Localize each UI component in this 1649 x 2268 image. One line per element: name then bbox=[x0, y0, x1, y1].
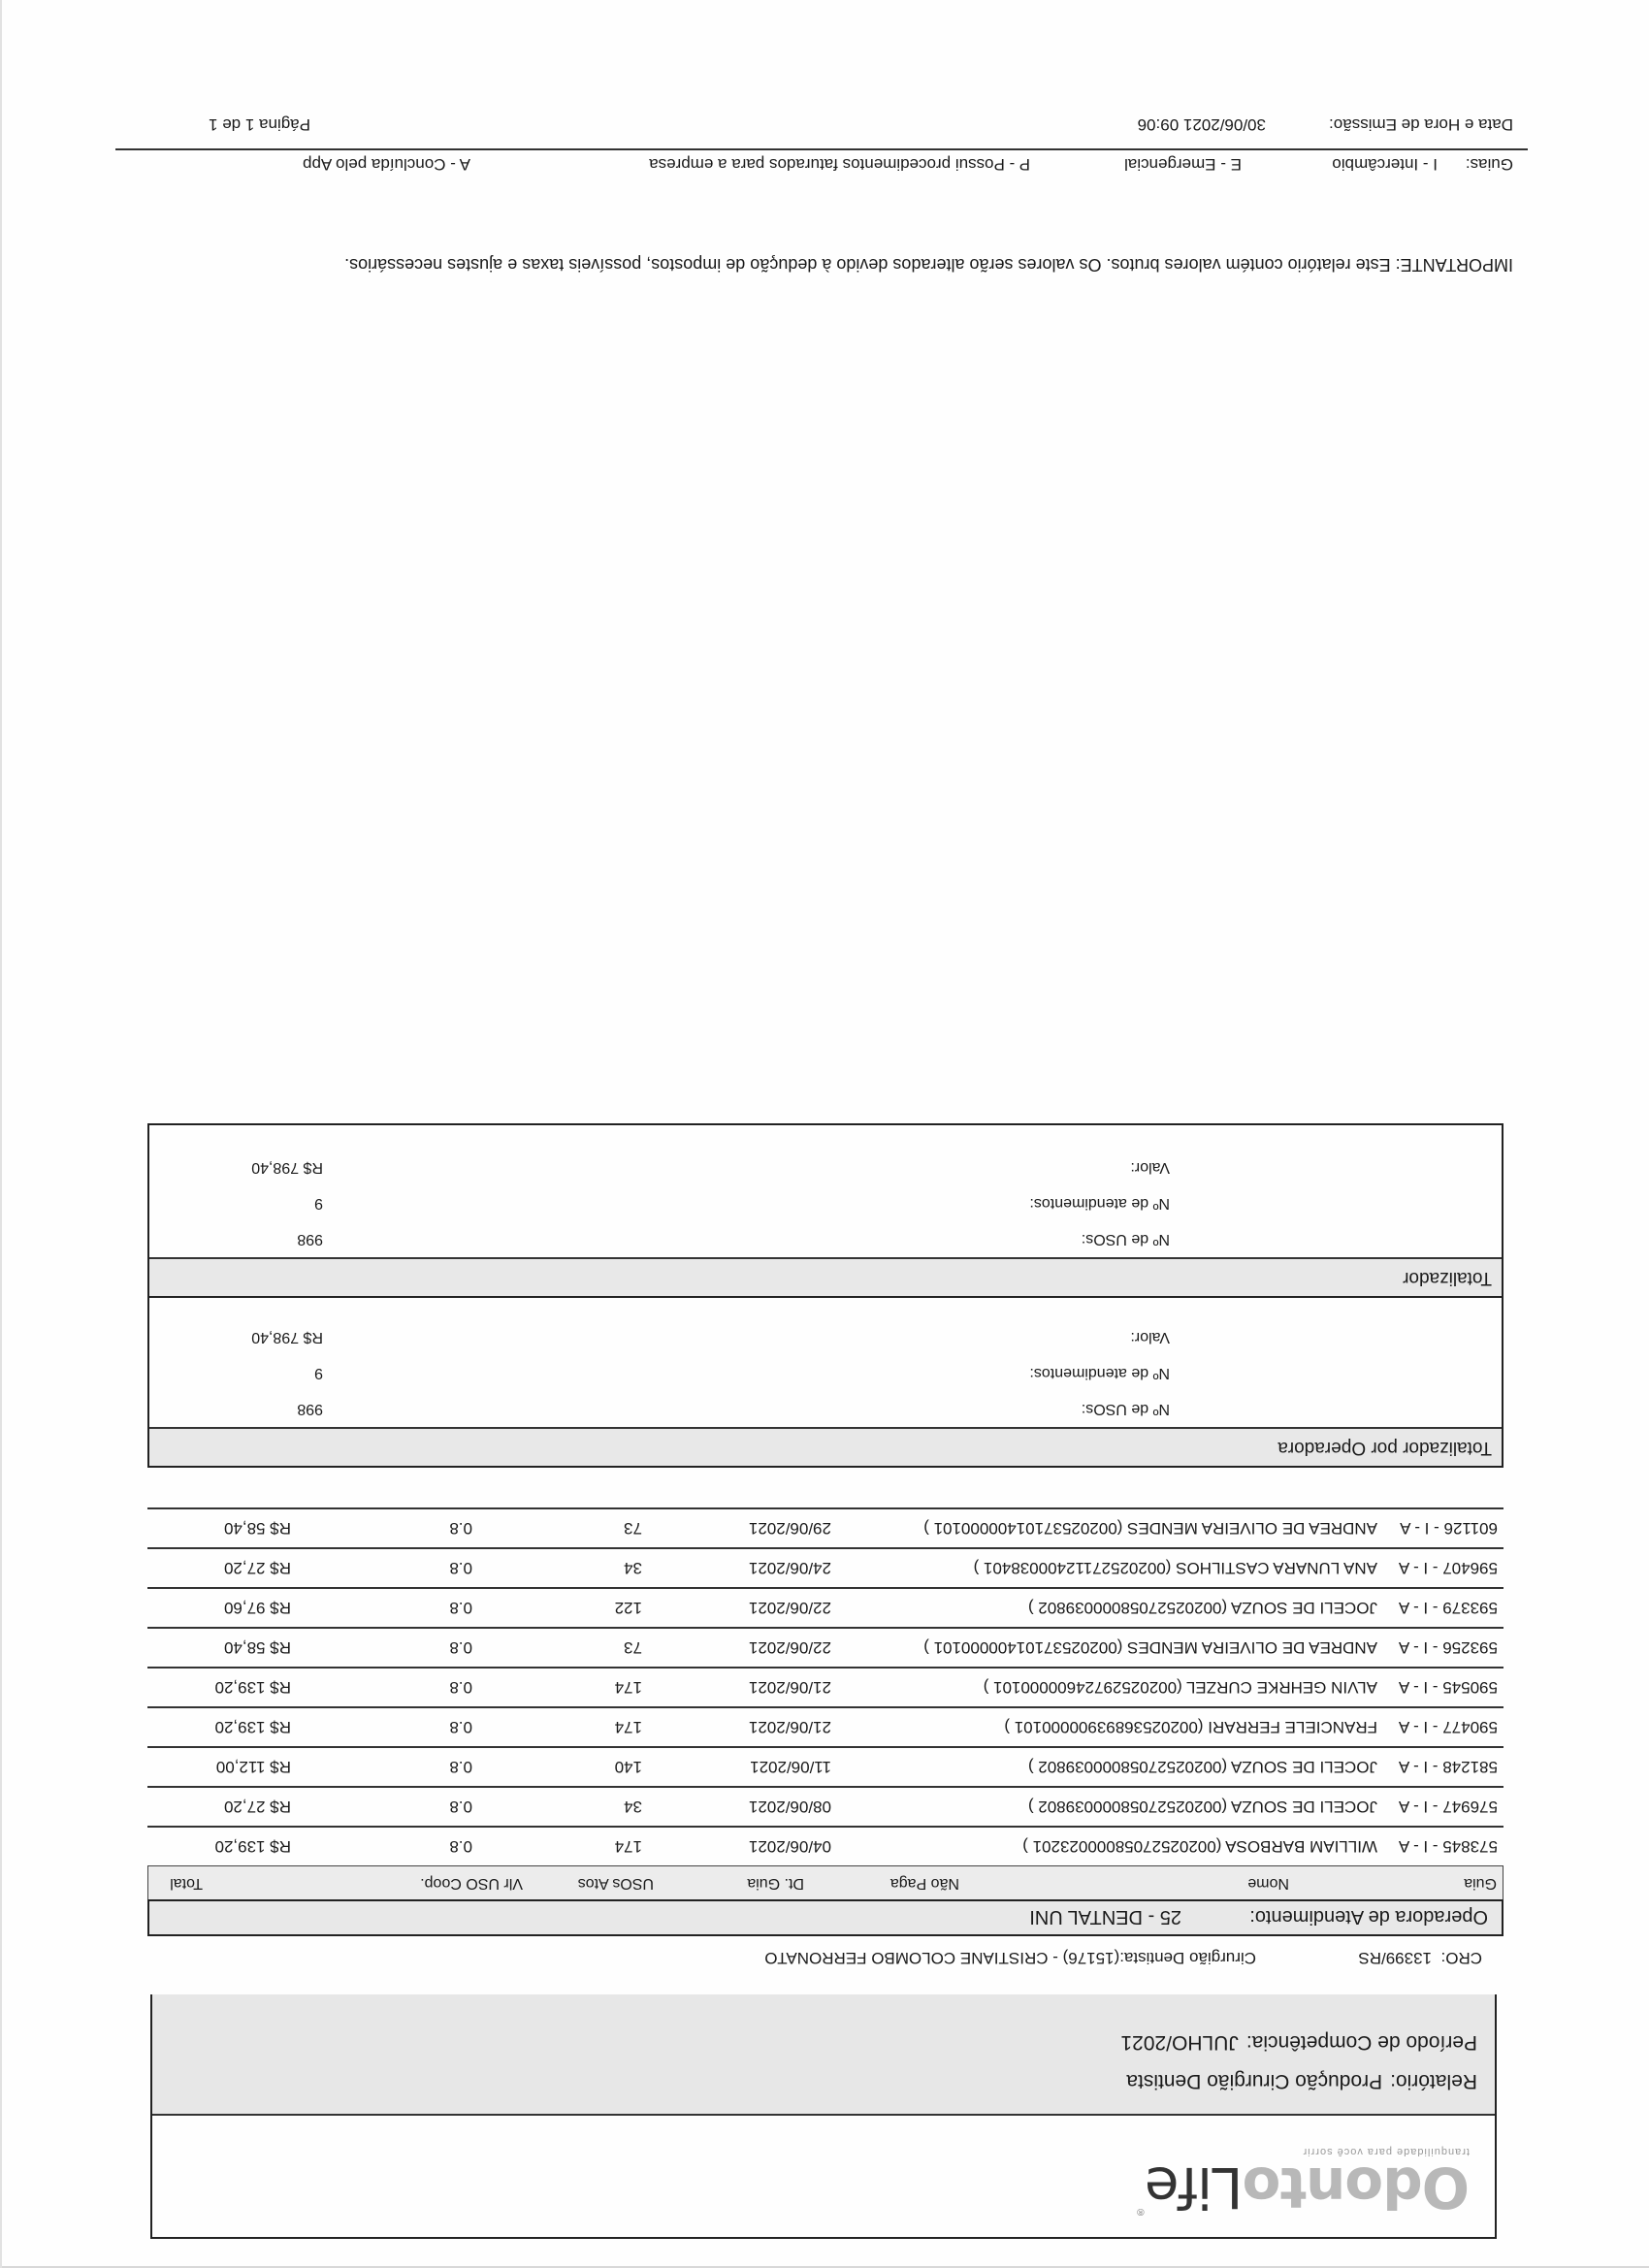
grand-usos-value: 998 bbox=[297, 1230, 323, 1247]
cell-usos-atos: 34 bbox=[624, 1797, 642, 1816]
cell-vlr-uso: 0.8 bbox=[449, 1677, 472, 1697]
column-header-vlr-uso: Vlr USO Coop. bbox=[420, 1874, 523, 1892]
cell-nome: WILLIAM BARBOSA (00202527058000023201 ) bbox=[1022, 1836, 1377, 1856]
grand-atendimentos-value: 9 bbox=[314, 1194, 323, 1212]
period-label: Período de Competência: bbox=[1246, 2031, 1477, 2054]
cell-total: R$ 27,20 bbox=[224, 1797, 291, 1816]
cell-guia: 596407 - I - A bbox=[1399, 1558, 1498, 1577]
operadora-value: 25 - DENTAL UNI bbox=[1029, 1905, 1181, 1928]
odontolife-logo: OdontoLife® tranquilidade para você sorr… bbox=[1137, 2146, 1470, 2216]
grand-usos-line: Nº de USOs: 998 bbox=[149, 1221, 1502, 1257]
logo-odonto: Odonto bbox=[1243, 2155, 1470, 2220]
logo-wordmark: OdontoLife® bbox=[1137, 2159, 1470, 2216]
emission-value: 30/06/2021 09:06 bbox=[1138, 114, 1266, 134]
cell-guia: 576947 - I - A bbox=[1399, 1797, 1498, 1816]
legend-empresa: P - Possui procedimentos faturados para … bbox=[649, 154, 1030, 174]
cell-dt-guia: 22/06/2021 bbox=[749, 1637, 831, 1657]
totalizador-geral: Totalizador Nº de USOs: 998 Nº de atendi… bbox=[147, 1123, 1503, 1298]
grand-valor-label: Valor: bbox=[1130, 1158, 1170, 1176]
cell-usos-atos: 140 bbox=[615, 1757, 642, 1776]
cell-guia: 593256 - I - A bbox=[1399, 1637, 1498, 1657]
totalizador-operadora: Totalizador por Operadora Nº de USOs: 99… bbox=[147, 1293, 1503, 1468]
cell-dt-guia: 11/06/2021 bbox=[750, 1757, 831, 1776]
cro-label: CRO: bbox=[1441, 1949, 1483, 1967]
cell-usos-atos: 34 bbox=[624, 1558, 642, 1577]
report-label: Relatório: bbox=[1390, 2070, 1477, 2092]
cell-nome: ANDREA DE OLIVEIRA MENDES (0020253710140… bbox=[923, 1518, 1377, 1538]
logo-row: OdontoLife® tranquilidade para você sorr… bbox=[152, 2114, 1495, 2237]
column-header-nome: Nome bbox=[1247, 1874, 1289, 1892]
cell-dt-guia: 08/06/2021 bbox=[749, 1797, 831, 1816]
cell-nome: FRANCIELE FERRARI (00202536893900000101 … bbox=[1004, 1717, 1377, 1736]
total-atendimentos-line: Nº de atendimentos: 9 bbox=[149, 1355, 1502, 1391]
cell-usos-atos: 122 bbox=[615, 1598, 642, 1617]
cell-total: R$ 58,40 bbox=[224, 1518, 291, 1538]
total-usos-value: 998 bbox=[297, 1400, 323, 1417]
cell-usos-atos: 73 bbox=[624, 1637, 642, 1657]
column-header-nao-paga: Não Paga bbox=[890, 1874, 959, 1892]
cell-dt-guia: 29/06/2021 bbox=[749, 1518, 831, 1538]
totalizador-title: Totalizador bbox=[149, 1257, 1502, 1296]
cell-dt-guia: 24/06/2021 bbox=[749, 1558, 831, 1577]
scanned-report-page: OdontoLife® tranquilidade para você sorr… bbox=[0, 0, 1649, 2268]
total-valor-value: R$ 798,40 bbox=[251, 1328, 323, 1345]
cell-guia: 601126 - I - A bbox=[1400, 1518, 1498, 1538]
cell-usos-atos: 73 bbox=[624, 1518, 642, 1538]
legend-app: A - Concluída pelo App bbox=[303, 154, 470, 174]
cell-nome: JOCELI DE SOUZA (00202527058000039802 ) bbox=[1028, 1598, 1377, 1617]
cell-total: R$ 27,20 bbox=[224, 1558, 291, 1577]
cell-dt-guia: 04/06/2021 bbox=[749, 1836, 831, 1856]
cro-value: 13399/RS bbox=[1358, 1949, 1432, 1967]
cell-dt-guia: 21/06/2021 bbox=[749, 1717, 831, 1736]
cell-guia: 590545 - I - A bbox=[1399, 1677, 1498, 1697]
cell-usos-atos: 174 bbox=[615, 1717, 642, 1736]
cell-guia: 581248 - I - A bbox=[1399, 1757, 1498, 1776]
report-info: Relatório:Produção Cirurgião Dentista Pe… bbox=[152, 1994, 1495, 2114]
total-usos-label: Nº de USOs: bbox=[1082, 1400, 1170, 1417]
grand-usos-label: Nº de USOs: bbox=[1082, 1230, 1170, 1247]
total-atendimentos-value: 9 bbox=[314, 1364, 323, 1381]
table-row: 593256 - I - AANDREA DE OLIVEIRA MENDES … bbox=[147, 1627, 1503, 1667]
report-title: Produção Cirurgião Dentista bbox=[1126, 2070, 1382, 2092]
report-title-line: Relatório:Produção Cirurgião Dentista bbox=[170, 2061, 1477, 2100]
cell-guia: 590477 - I - A bbox=[1399, 1717, 1498, 1736]
table-row: 590545 - I - AALVIN GEHRKE CURZEL (00202… bbox=[147, 1667, 1503, 1706]
total-valor-line: Valor: R$ 798,40 bbox=[149, 1319, 1502, 1355]
logo-life: Life bbox=[1146, 2155, 1244, 2220]
cell-vlr-uso: 0.8 bbox=[449, 1717, 472, 1736]
cell-vlr-uso: 0.8 bbox=[449, 1797, 472, 1816]
scan-edge-side bbox=[0, 0, 2, 2268]
cell-vlr-uso: 0.8 bbox=[449, 1598, 472, 1617]
column-header-usos-atos: USOs Atos bbox=[578, 1874, 654, 1892]
operadora-label: Operadora de Atendimento: bbox=[1249, 1906, 1488, 1928]
column-header-total: Total bbox=[170, 1874, 203, 1892]
table-row: 573845 - I - AWILLIAM BARBOSA (002025270… bbox=[147, 1826, 1503, 1865]
grand-valor-value: R$ 798,40 bbox=[251, 1158, 323, 1176]
cell-vlr-uso: 0.8 bbox=[449, 1757, 472, 1776]
table-row: 596407 - I - AANA LUNARA CASTILHOS (0020… bbox=[147, 1547, 1503, 1587]
important-notice: IMPORTANTE: Este relatório contém valore… bbox=[145, 252, 1513, 277]
table-row: 593379 - I - AJOCELI DE SOUZA (002025270… bbox=[147, 1587, 1503, 1627]
cell-usos-atos: 174 bbox=[615, 1836, 642, 1856]
emission-label: Data e Hora de Emissão: bbox=[1329, 114, 1513, 134]
cell-nome: ANDREA DE OLIVEIRA MENDES (0020253710140… bbox=[923, 1637, 1377, 1657]
grand-valor-line: Valor: R$ 798,40 bbox=[149, 1150, 1502, 1185]
grand-atendimentos-line: Nº de atendimentos: 9 bbox=[149, 1185, 1502, 1221]
cell-total: R$ 112,00 bbox=[216, 1757, 291, 1776]
cell-total: R$ 139,20 bbox=[215, 1836, 291, 1856]
cell-total: R$ 139,20 bbox=[215, 1677, 291, 1697]
cell-nome: ANA LUNARA CASTILHOS (002025271124000384… bbox=[974, 1558, 1377, 1577]
table-row: 581248 - I - AJOCELI DE SOUZA (002025270… bbox=[147, 1746, 1503, 1786]
column-header-dt-guia: Dt. Guia bbox=[747, 1874, 804, 1892]
table-row: 576947 - I - AJOCELI DE SOUZA (002025270… bbox=[147, 1786, 1503, 1826]
dentist-label: Cirurgião Dentista: bbox=[1119, 1949, 1256, 1967]
cell-total: R$ 58,40 bbox=[224, 1637, 291, 1657]
period-line: Período de Competência:JULHO/2021 bbox=[170, 2023, 1477, 2061]
guias-table-body: 573845 - I - AWILLIAM BARBOSA (002025270… bbox=[147, 1507, 1503, 1865]
dentist-value: (15176) - CRISTIANE COLOMBO FERRONATO bbox=[764, 1949, 1119, 1967]
table-row: 601126 - I - AANDREA DE OLIVEIRA MENDES … bbox=[147, 1507, 1503, 1547]
cell-guia: 593379 - I - A bbox=[1399, 1598, 1498, 1617]
cell-usos-atos: 174 bbox=[615, 1677, 642, 1697]
grand-atendimentos-label: Nº de atendimentos: bbox=[1029, 1194, 1170, 1212]
cell-vlr-uso: 0.8 bbox=[449, 1558, 472, 1577]
cell-total: R$ 97,60 bbox=[224, 1598, 291, 1617]
legend-intercambio: I - Intercâmbio bbox=[1332, 154, 1438, 174]
cell-dt-guia: 22/06/2021 bbox=[749, 1598, 831, 1617]
period-value: JULHO/2021 bbox=[1120, 2031, 1238, 2054]
cell-vlr-uso: 0.8 bbox=[449, 1836, 472, 1856]
cell-vlr-uso: 0.8 bbox=[449, 1518, 472, 1538]
cell-dt-guia: 21/06/2021 bbox=[749, 1677, 831, 1697]
footer-divider bbox=[115, 148, 1528, 150]
total-usos-line: Nº de USOs: 998 bbox=[149, 1391, 1502, 1427]
cell-guia: 573845 - I - A bbox=[1399, 1836, 1498, 1856]
guias-label: Guias: bbox=[1466, 154, 1513, 174]
cell-total: R$ 139,20 bbox=[215, 1717, 291, 1736]
total-atendimentos-label: Nº de atendimentos: bbox=[1029, 1364, 1170, 1381]
table-header: Guia Nome Não Paga Dt. Guia USOs Atos Vl… bbox=[147, 1865, 1503, 1899]
table-row: 590477 - I - AFRANCIELE FERRARI (0020253… bbox=[147, 1706, 1503, 1746]
column-header-guia: Guia bbox=[1464, 1874, 1497, 1892]
operadora-bar: Operadora de Atendimento: 25 - DENTAL UN… bbox=[147, 1899, 1503, 1936]
cell-nome: JOCELI DE SOUZA (00202527058000039802 ) bbox=[1028, 1757, 1377, 1776]
totalizador-operadora-title: Totalizador por Operadora bbox=[149, 1427, 1502, 1466]
registered-mark-icon: ® bbox=[1137, 2206, 1146, 2217]
cro: CRO: 13399/RS bbox=[1358, 1948, 1482, 1967]
cell-vlr-uso: 0.8 bbox=[449, 1637, 472, 1657]
legend-emergencial: E - Emergencial bbox=[1124, 154, 1242, 174]
cell-nome: ALVIN GEHRKE CURZEL (0020252972460000010… bbox=[984, 1677, 1377, 1697]
report-header: OdontoLife® tranquilidade para você sorr… bbox=[150, 1994, 1497, 2239]
cell-nome: JOCELI DE SOUZA (00202527058000039802 ) bbox=[1028, 1797, 1377, 1816]
total-valor-label: Valor: bbox=[1130, 1328, 1170, 1345]
dentist-name: Cirurgião Dentista:(15176) - CRISTIANE C… bbox=[764, 1948, 1256, 1967]
page-number: Página 1 de 1 bbox=[209, 114, 310, 134]
